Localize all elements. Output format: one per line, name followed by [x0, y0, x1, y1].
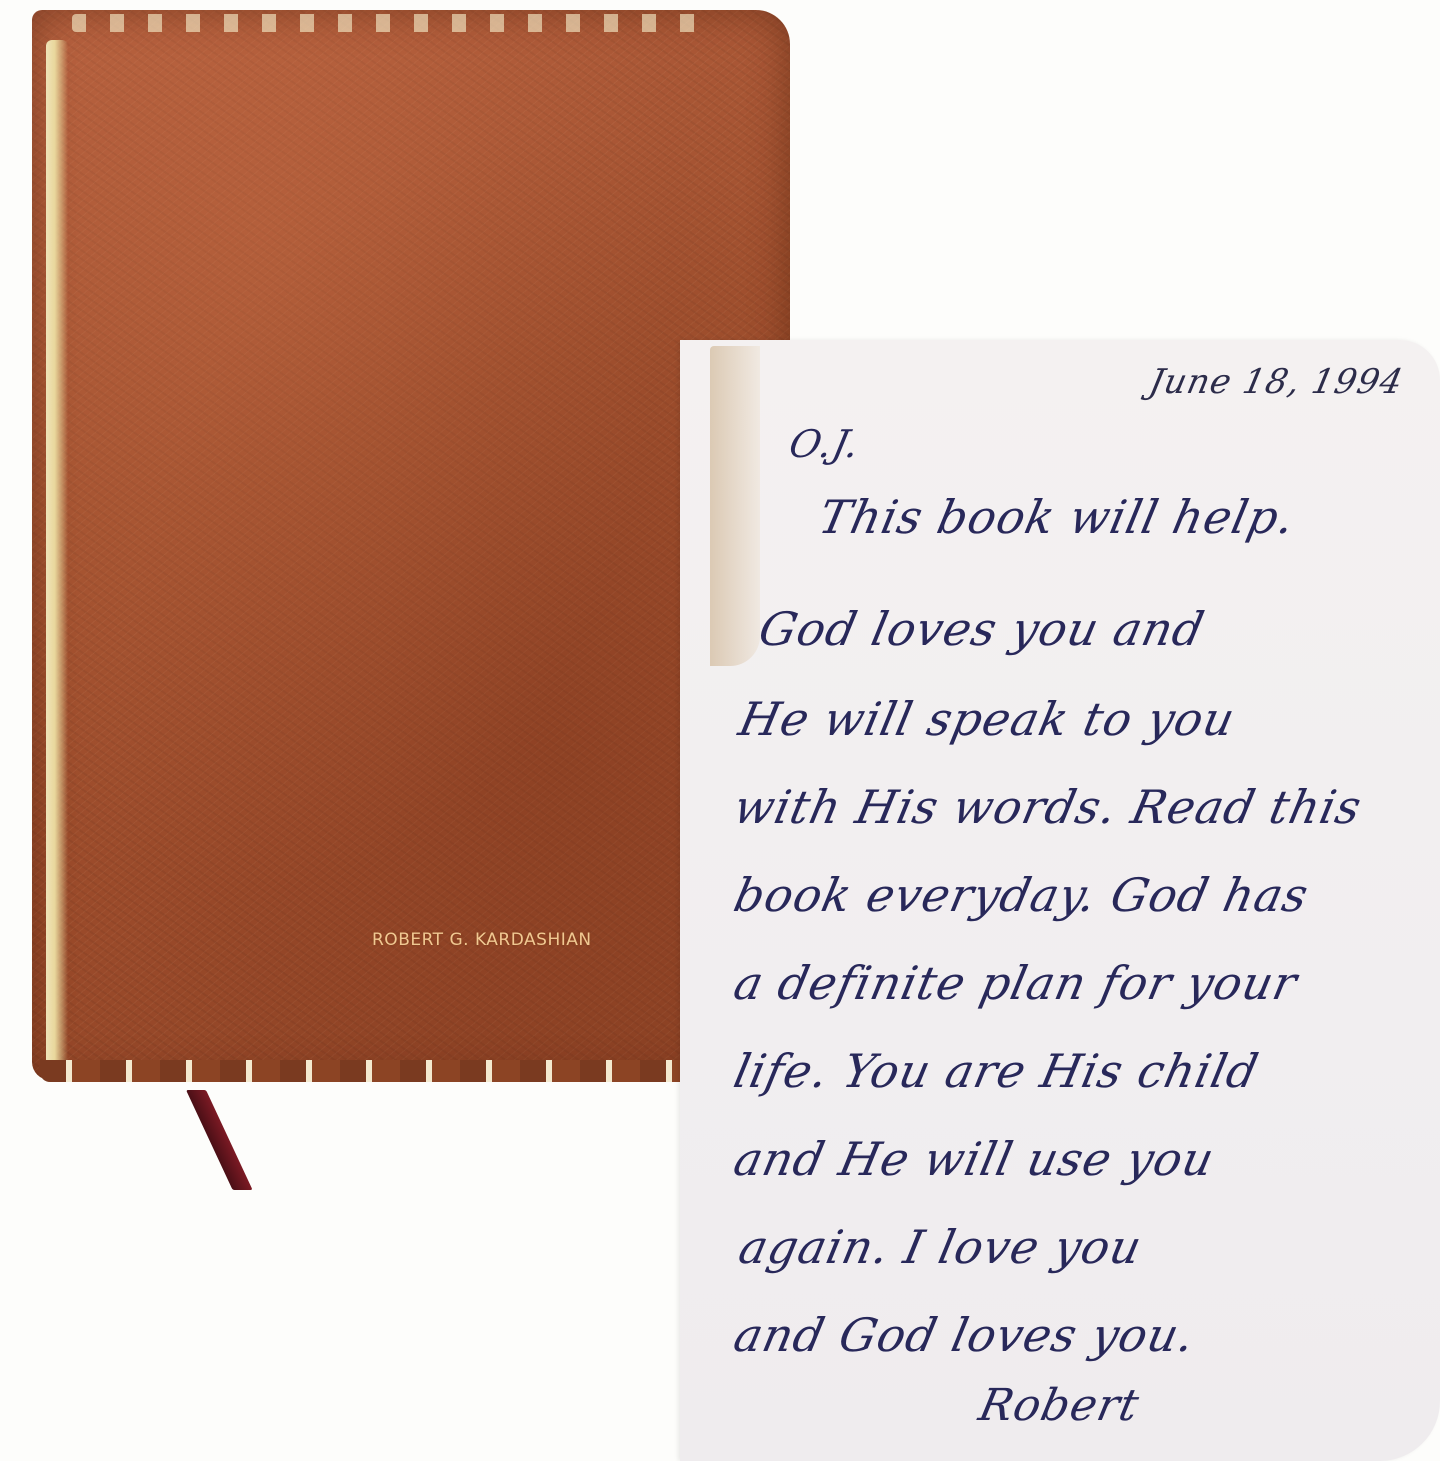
note-line: book everyday. God has	[729, 868, 1313, 922]
note-line: again. I love you	[734, 1220, 1147, 1274]
note-line: He will speak to you	[734, 692, 1240, 746]
note-line: life. You are His child	[729, 1044, 1263, 1098]
bible-cover	[32, 10, 790, 1080]
note-date: June 18, 1994	[1146, 362, 1407, 402]
cover-inscription: ROBERT G. KARDASHIAN	[372, 930, 592, 950]
handwritten-note: June 18, 1994 O.J. This book will help. …	[680, 340, 1440, 1461]
note-line: God loves you and	[754, 602, 1209, 656]
note-signature: Robert	[975, 1380, 1144, 1431]
spine-wear	[46, 40, 68, 1080]
note-line: and God loves you.	[729, 1308, 1200, 1362]
note-greeting: O.J.	[785, 422, 864, 466]
note-line: and He will use you	[729, 1132, 1219, 1186]
note-line: This book will help.	[814, 490, 1300, 544]
paper-stain	[710, 346, 760, 666]
note-line: with His words. Read this	[729, 780, 1366, 834]
book-bottom-edge	[40, 1060, 790, 1082]
top-edge-wear	[72, 14, 712, 32]
note-line: a definite plan for your	[729, 956, 1302, 1010]
bookmark-ribbon	[186, 1090, 253, 1190]
